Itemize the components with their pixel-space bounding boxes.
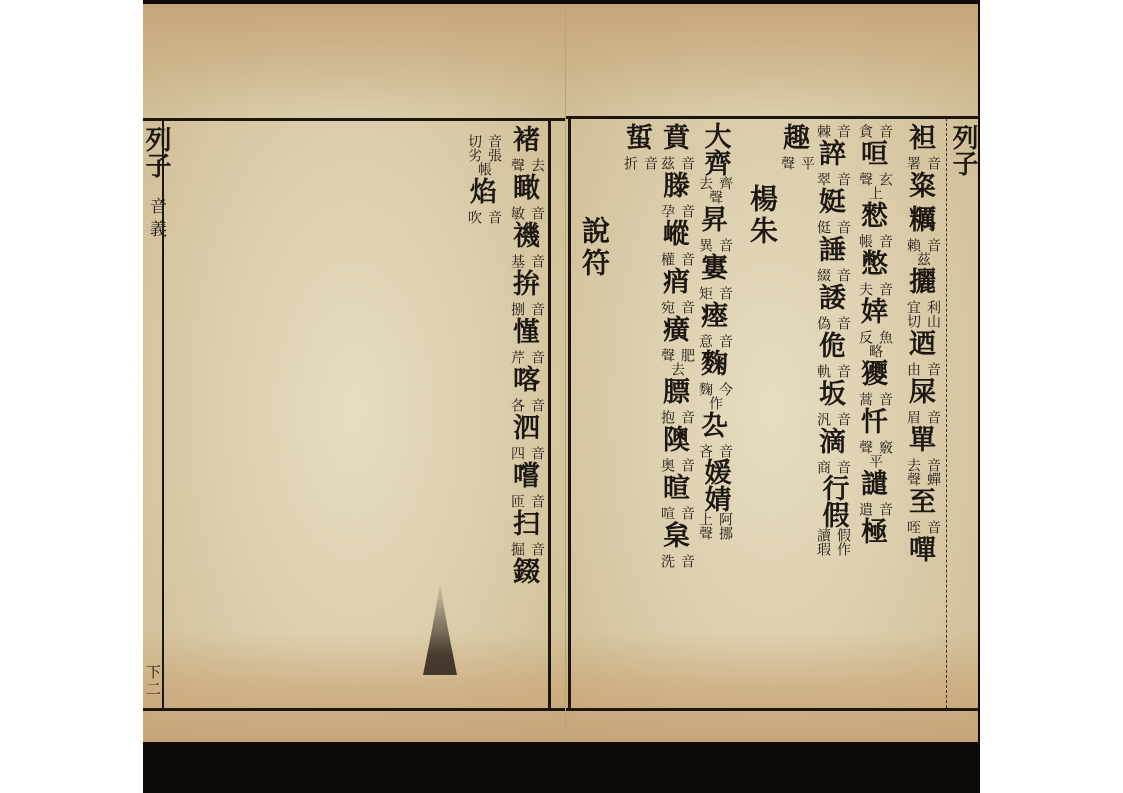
bottom-border-rule bbox=[143, 708, 565, 711]
gloss-char: 聲 bbox=[508, 158, 525, 172]
gloss-char: 音 bbox=[678, 300, 695, 314]
gloss-char: 魚 bbox=[876, 330, 893, 344]
gloss-char: 音 bbox=[678, 554, 695, 568]
headword: 喀 bbox=[513, 364, 540, 398]
headword: 娗 bbox=[819, 186, 846, 220]
gloss-char: 音 bbox=[528, 494, 545, 508]
headword: 隩 bbox=[663, 424, 690, 458]
gloss-char: 平 bbox=[798, 156, 815, 170]
gloss-char: 翠 bbox=[814, 172, 831, 186]
headword: 瘞 bbox=[701, 300, 728, 334]
gloss-char: 音 bbox=[641, 156, 658, 170]
running-title: 列子 bbox=[141, 126, 171, 178]
folio-number: 下二 bbox=[145, 664, 160, 698]
headword: 婞 bbox=[861, 296, 888, 330]
headword: 麴 bbox=[701, 348, 728, 382]
right-border-rule bbox=[548, 118, 551, 710]
gloss-char: 阿 bbox=[716, 512, 733, 526]
headword: 慬 bbox=[513, 316, 540, 350]
headword: 禨 bbox=[513, 220, 540, 254]
gloss-char: 玄 bbox=[876, 172, 893, 186]
headword: 焰 bbox=[470, 176, 497, 210]
chapter-heading-shuo-fu: 說符 bbox=[580, 216, 608, 280]
gloss-char: 去 bbox=[528, 158, 545, 172]
gloss-char: 商 bbox=[814, 460, 831, 474]
gloss-char: 音 bbox=[834, 268, 851, 282]
water-stain bbox=[143, 632, 565, 742]
headword: 瞰 bbox=[513, 172, 540, 206]
headword: 粢 bbox=[909, 170, 936, 204]
chapter-heading-yang-zhu: 楊朱 bbox=[748, 184, 776, 248]
headword: 咺 bbox=[861, 138, 888, 172]
gloss-char: 音 bbox=[485, 210, 502, 224]
headword: 袒 bbox=[909, 122, 936, 156]
headword: 諉 bbox=[819, 282, 846, 316]
headword: 譴 bbox=[861, 468, 888, 502]
gloss-char: 茲 bbox=[914, 252, 931, 266]
gloss-char: 劣 bbox=[465, 148, 482, 162]
gloss-char: 音 bbox=[876, 234, 893, 248]
gloss-entry: 賁 音茲 滕 音孕 嵷 音權 痟 音宛 癀 肥聲 去 膘 音抱 隩 音奥 暄 音… bbox=[658, 122, 695, 568]
gloss-char: 張 bbox=[485, 148, 502, 162]
gloss-char: 上 bbox=[696, 512, 713, 526]
gloss-char: 音 bbox=[528, 542, 545, 556]
headword: 暄 bbox=[663, 472, 690, 506]
gloss-char: 音 bbox=[678, 204, 695, 218]
headword: 大齊 bbox=[698, 122, 732, 176]
bottom-border-rule bbox=[566, 708, 978, 711]
running-subtitle: 音義 bbox=[146, 197, 166, 243]
headword: 泗 bbox=[513, 412, 540, 446]
gloss-char: 綴 bbox=[814, 268, 831, 282]
gloss-char: 咥 bbox=[904, 520, 921, 534]
gloss-char: 音 bbox=[528, 446, 545, 460]
gloss-char: 孕 bbox=[658, 204, 675, 218]
gloss-entry: 袒 音署 粢 糲 音賴 茲 攦 利宜 山切 迺 音由 屎 音眉 單 音去 蟬聲 … bbox=[904, 122, 941, 568]
gloss-char: 帳 bbox=[475, 162, 492, 176]
gloss-char: 音 bbox=[876, 392, 893, 406]
gloss-char: 音 bbox=[716, 334, 733, 348]
headword: 滴 bbox=[819, 426, 846, 460]
gloss-char: 讀 bbox=[814, 528, 831, 542]
gloss-char: 聲 bbox=[658, 348, 675, 362]
headword: 昇 bbox=[701, 204, 728, 238]
water-stain bbox=[566, 4, 978, 114]
gloss-char: 音 bbox=[716, 444, 733, 458]
headword: 誶 bbox=[819, 138, 846, 172]
water-stain bbox=[143, 4, 565, 114]
gloss-char: 音 bbox=[528, 302, 545, 316]
gloss-char: 權 bbox=[658, 252, 675, 266]
headword: 極 bbox=[861, 516, 888, 550]
gloss-char: 捌 bbox=[508, 302, 525, 316]
gloss-char: 吝 bbox=[696, 444, 713, 458]
gloss-char: 洗 bbox=[658, 554, 675, 568]
gloss-char: 聲 bbox=[856, 440, 873, 454]
gloss-char: 署 bbox=[904, 156, 921, 170]
headword: 屎 bbox=[909, 376, 936, 410]
gloss-char: 音 bbox=[876, 282, 893, 296]
left-page: 列子 音義 下二 褚 去聲 瞰 音敏 禨 音基 拚 音捌 慬 音芹 喀 音各 泗… bbox=[143, 4, 566, 742]
gloss-char: 軌 bbox=[814, 364, 831, 378]
gloss-char: 音 bbox=[876, 502, 893, 516]
gloss-char: 遣 bbox=[856, 502, 873, 516]
gloss-char: 帳 bbox=[856, 234, 873, 248]
gloss-char: 音 bbox=[924, 238, 941, 252]
headword: 賁 bbox=[663, 122, 690, 156]
headword: 攦 bbox=[909, 266, 936, 300]
gloss-char: 折 bbox=[621, 156, 638, 170]
headword: 拚 bbox=[513, 268, 540, 302]
gloss-char: 棘 bbox=[814, 124, 831, 138]
gloss-char: 芹 bbox=[508, 350, 525, 364]
gloss-char: 音 bbox=[678, 506, 695, 520]
gloss-char: 匝 bbox=[508, 494, 525, 508]
gloss-char: 夫 bbox=[856, 282, 873, 296]
headword: 坂 bbox=[819, 378, 846, 412]
gloss-char: 宜 bbox=[904, 300, 921, 314]
gloss-char: 略 bbox=[866, 344, 883, 358]
gloss-char: 宛 bbox=[658, 300, 675, 314]
gloss-char: 掘 bbox=[508, 542, 525, 556]
gloss-char: 作 bbox=[834, 542, 851, 556]
headword: 枲 bbox=[663, 520, 690, 554]
left-border-rule bbox=[568, 116, 571, 710]
gloss-char: 利 bbox=[924, 300, 941, 314]
headword: 獿 bbox=[861, 358, 888, 392]
gloss-char: 異 bbox=[696, 238, 713, 252]
water-stain bbox=[566, 632, 978, 742]
gloss-char: 麴 bbox=[696, 382, 713, 396]
gloss-char: 去 bbox=[904, 458, 921, 472]
gloss-char: 矩 bbox=[696, 286, 713, 300]
gloss-entry: 音貪 咺 玄聲 上 憖 音帳 憋 音夫 婞 魚反 略 獿 音蒿 忏 竅聲 平 譴… bbox=[856, 124, 893, 550]
headword: 憋 bbox=[861, 248, 888, 282]
headword: 褚 bbox=[513, 124, 540, 158]
headword: 滕 bbox=[663, 170, 690, 204]
gloss-char: 音 bbox=[528, 350, 545, 364]
headword: 扫 bbox=[513, 508, 540, 542]
gloss-char: 挪 bbox=[716, 526, 733, 540]
headword: 膘 bbox=[663, 376, 690, 410]
gloss-char: 假 bbox=[834, 528, 851, 542]
gloss-entry: 音棘 誶 音翠 娗 音侹 諈 音綴 諉 音偽 佹 音軌 坂 音汎 滴 音商 行假… bbox=[814, 124, 851, 556]
running-title-column: 列子 音義 bbox=[143, 126, 169, 243]
running-title: 列子 bbox=[948, 124, 978, 176]
gloss-char: 上 bbox=[866, 186, 883, 200]
gloss-char: 山 bbox=[924, 314, 941, 328]
gloss-char: 音 bbox=[924, 410, 941, 424]
gloss-char: 竅 bbox=[876, 440, 893, 454]
headword: 糲 bbox=[909, 204, 936, 238]
gloss-entry: 大齊 齊去 聲 昇 音異 寠 音矩 瘞 音意 麴 今麴 作 厹 音吝 媛婧 阿上… bbox=[696, 122, 733, 540]
right-page: 列子 袒 音署 粢 糲 音賴 茲 攦 利宜 山切 迺 音由 屎 音眉 單 音去 … bbox=[566, 4, 978, 742]
gloss-char: 去 bbox=[696, 176, 713, 190]
gloss-char: 去 bbox=[668, 362, 685, 376]
headword: 痟 bbox=[663, 266, 690, 300]
gloss-char: 音 bbox=[834, 316, 851, 330]
gloss-char: 切 bbox=[904, 314, 921, 328]
gloss-char: 音 bbox=[834, 412, 851, 426]
gloss-char: 音 bbox=[678, 458, 695, 472]
gloss-char: 音 bbox=[924, 520, 941, 534]
gloss-char: 音 bbox=[528, 206, 545, 220]
gloss-char: 基 bbox=[508, 254, 525, 268]
gloss-char: 音 bbox=[834, 460, 851, 474]
ink-blot bbox=[423, 580, 457, 675]
gloss-char: 敏 bbox=[508, 206, 525, 220]
gloss-char: 音 bbox=[528, 398, 545, 412]
headword: 單 bbox=[909, 424, 936, 458]
top-border-rule bbox=[143, 118, 565, 121]
gloss-char: 音 bbox=[834, 364, 851, 378]
headword: 錣 bbox=[513, 556, 540, 590]
headword: 諈 bbox=[819, 234, 846, 268]
gloss-char: 切 bbox=[465, 134, 482, 148]
gloss-char: 音 bbox=[485, 134, 502, 148]
gloss-char: 肥 bbox=[678, 348, 695, 362]
headword: 行假 bbox=[816, 474, 850, 528]
headword: 寠 bbox=[701, 252, 728, 286]
top-border-rule bbox=[566, 116, 978, 119]
gloss-char: 眉 bbox=[904, 410, 921, 424]
gloss-char: 音 bbox=[924, 156, 941, 170]
gloss-char: 奥 bbox=[658, 458, 675, 472]
headword: 至 bbox=[909, 486, 936, 520]
gloss-char: 音 bbox=[678, 252, 695, 266]
gloss-char: 由 bbox=[904, 362, 921, 376]
gloss-char: 聲 bbox=[778, 156, 795, 170]
gloss-char: 各 bbox=[508, 398, 525, 412]
gloss-char: 聲 bbox=[856, 172, 873, 186]
gloss-char: 聲 bbox=[696, 526, 713, 540]
headword: 嘽 bbox=[909, 534, 936, 568]
gloss-char: 音 bbox=[716, 238, 733, 252]
gloss-char: 音 bbox=[678, 156, 695, 170]
gloss-entry: 褚 去聲 瞰 音敏 禨 音基 拚 音捌 慬 音芹 喀 音各 泗 音四 嚐 音匝 … bbox=[508, 124, 545, 590]
gloss-char: 音 bbox=[834, 124, 851, 138]
gloss-char: 吹 bbox=[465, 210, 482, 224]
gloss-char: 侹 bbox=[814, 220, 831, 234]
gloss-char: 音 bbox=[876, 124, 893, 138]
gloss-char: 四 bbox=[508, 446, 525, 460]
gloss-char: 音 bbox=[678, 410, 695, 424]
gloss-char: 聲 bbox=[904, 472, 921, 486]
gloss-char: 偽 bbox=[814, 316, 831, 330]
gloss-char: 音 bbox=[716, 286, 733, 300]
headword: 嵷 bbox=[663, 218, 690, 252]
gloss-char: 蒿 bbox=[856, 392, 873, 406]
gloss-char: 音 bbox=[834, 220, 851, 234]
headword: 趣 bbox=[783, 122, 810, 156]
gloss-char: 喧 bbox=[658, 506, 675, 520]
headword: 蜇 bbox=[626, 122, 653, 156]
headword: 迺 bbox=[909, 328, 936, 362]
gloss-char: 音 bbox=[834, 172, 851, 186]
gloss-char: 音 bbox=[924, 458, 941, 472]
gloss-char: 平 bbox=[866, 454, 883, 468]
headword: 憖 bbox=[861, 200, 888, 234]
gloss-entry: 蜇 音折 bbox=[621, 122, 658, 170]
headword: 佹 bbox=[819, 330, 846, 364]
gloss-char: 齊 bbox=[716, 176, 733, 190]
gloss-char: 今 bbox=[716, 382, 733, 396]
headword: 嚐 bbox=[513, 460, 540, 494]
headword: 癀 bbox=[663, 314, 690, 348]
headword: 厹 bbox=[701, 410, 728, 444]
gloss-char: 貪 bbox=[856, 124, 873, 138]
gloss-char: 汎 bbox=[814, 412, 831, 426]
gloss-char: 音 bbox=[528, 254, 545, 268]
gloss-entry: 趣 平聲 bbox=[778, 122, 815, 170]
gloss-char: 音 bbox=[924, 362, 941, 376]
running-title-column: 列子 bbox=[950, 124, 976, 176]
margin-rule bbox=[946, 118, 948, 708]
gloss-char: 茲 bbox=[658, 156, 675, 170]
gloss-char: 抱 bbox=[658, 410, 675, 424]
headword: 忏 bbox=[861, 406, 888, 440]
headword: 媛婧 bbox=[698, 458, 732, 512]
gloss-char: 聲 bbox=[706, 190, 723, 204]
gloss-char: 反 bbox=[856, 330, 873, 344]
gloss-char: 作 bbox=[706, 396, 723, 410]
gloss-entry: 音 切 張 劣 帳 焰 音吹 bbox=[465, 134, 502, 224]
gloss-char: 蟬 bbox=[924, 472, 941, 486]
gloss-char: 瑕 bbox=[814, 542, 831, 556]
gloss-char: 賴 bbox=[904, 238, 921, 252]
gloss-char: 意 bbox=[696, 334, 713, 348]
